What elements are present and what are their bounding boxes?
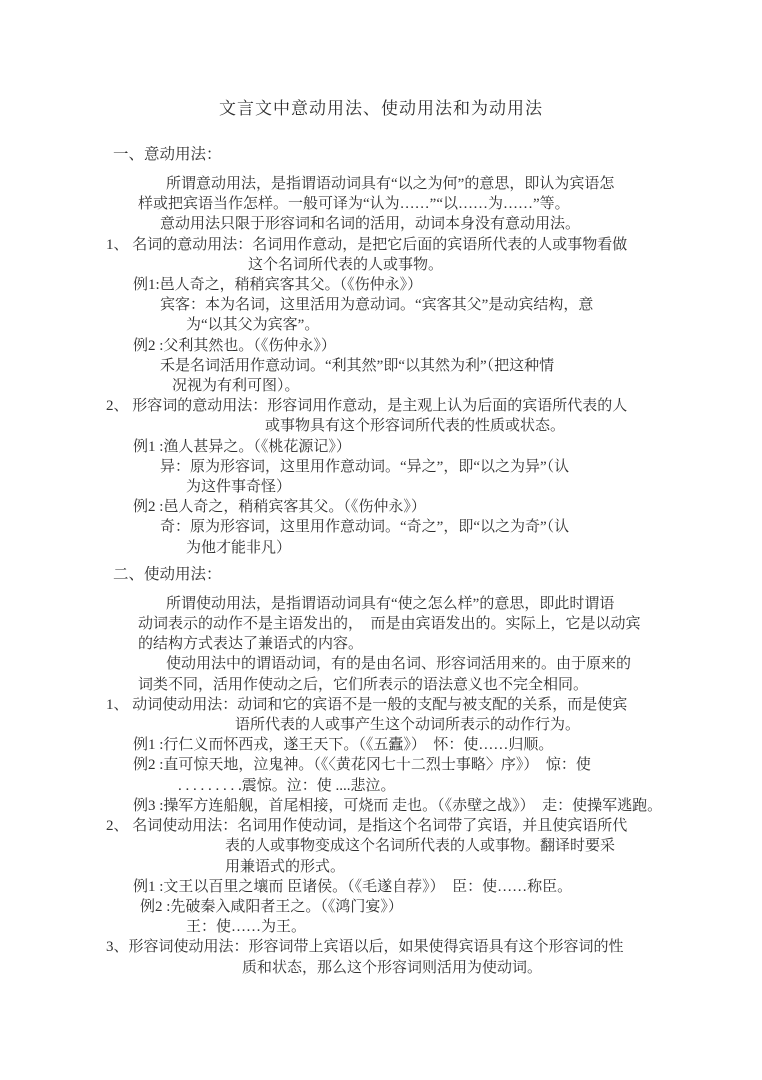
document-line: 或事物具有这个形容词所代表的性质或状态。	[265, 416, 762, 436]
document-line: 2、 名词使动用法：名词用作使动词，是指这个名词带了宾语，并且使宾语所代	[106, 816, 762, 836]
document-body: 一、意动用法：所谓意动用法，是指谓语动词具有“以之为何”的意思，即认为宾语怎样或…	[0, 144, 762, 978]
document-line: 质和状态，那么这个形容词则活用为使动词。	[242, 958, 762, 978]
section-heading: 一、意动用法：	[113, 144, 762, 166]
document-line: 为这件事奇怪）	[186, 477, 762, 497]
document-line: 语所代表的人或事产生这个动词所表示的动作行为。	[235, 715, 762, 735]
document-line: 例2 :直可惊天地，泣鬼神。（《〈黄花冈七十二烈士事略〉序》） 惊：使	[133, 755, 762, 775]
document-line: 用兼语式的形式。	[225, 857, 762, 877]
document-line: 例2 :邑人奇之，稍稍宾客其父。（《伤仲永》）	[133, 497, 762, 517]
document-line: 异：原为形容词，这里用作意动词。“异之”，即“以之为异”（认	[160, 457, 762, 477]
document-line: 为他才能非凡）	[186, 538, 762, 558]
document-line: 例3 :操军方连船舰，首尾相接，可烧而 走也。（《赤壁之战》） 走：使操军逃跑。	[133, 796, 762, 816]
document-line: 禾是名词活用作意动词。“利其然”即“以其然为利”（把这种情	[160, 356, 762, 376]
document-line: 例1 :行仁义而怀西戎，遂王天下。（《五蠹》） 怀：使……归顺。	[133, 735, 762, 755]
section-heading: 二、使动用法：	[113, 564, 762, 586]
document-line: 例1 :渔人甚异之。（《桃花源记》）	[133, 437, 762, 457]
document-line: 所谓意动用法，是指谓语动词具有“以之为何”的意思，即认为宾语怎	[166, 174, 762, 194]
document-line: 这个名词所代表的人或事物。	[248, 255, 762, 275]
document-line: 为“以其父为宾客”。	[186, 315, 762, 335]
document-line: 况视为有利可图）。	[172, 376, 762, 396]
document-line: 2、 形容词的意动用法：形容词用作意动，是主观上认为后面的宾语所代表的人	[106, 396, 762, 416]
document-line: . . . . . . . . .震惊。泣：使 ....悲泣。	[178, 776, 762, 796]
document-line: 1、 动词使动用法：动词和它的宾语不是一般的支配与被支配的关系，而是使宾	[106, 695, 762, 715]
document-line: 样或把宾语当作怎样。一般可译为“认为……”“以……为……”等。	[138, 194, 762, 214]
document-line: 动词表示的动作不是主语发出的， 而是由宾语发出的。实际上，它是以动宾	[138, 614, 762, 634]
document-line: 例2 :先破秦入咸阳者王之。（《鸿门宴》）	[140, 897, 762, 917]
document-line: 的结构方式表达了兼语式的内容。	[138, 634, 762, 654]
document-line: 所谓使动用法，是指谓语动词具有“使之怎么样”的意思，即此时谓语	[166, 594, 762, 614]
document-line: 1、 名词的意动用法：名词用作意动，是把它后面的宾语所代表的人或事物看做	[106, 235, 762, 255]
document-line: 使动用法中的谓语动词，有的是由名词、形容词活用来的。由于原来的	[166, 654, 762, 674]
document-line: 例1:邑人奇之，稍稍宾客其父。（《伤仲永》）	[133, 275, 762, 295]
document-line: 奇：原为形容词，这里用作意动词。“奇之”，即“以之为奇”（认	[160, 517, 762, 537]
page: 文言文中意动用法、使动用法和为动用法 一、意动用法：所谓意动用法，是指谓语动词具…	[0, 0, 762, 1080]
document-line: 表的人或事物变成这个名词所代表的人或事物。翻译时要采	[225, 836, 762, 856]
document-line: 例2 :父利其然也。（《伤仲永》）	[133, 336, 762, 356]
document-line: 词类不同，活用作使动之后，它们所表示的语法意义也不完全相同。	[138, 675, 762, 695]
document-title: 文言文中意动用法、使动用法和为动用法	[0, 97, 762, 121]
document-line: 王：使……为王。	[186, 917, 762, 937]
document-line: 3、形容词使动用法：形容词带上宾语以后，如果使得宾语具有这个形容词的性	[106, 937, 762, 957]
document-line: 意动用法只限于形容词和名词的活用，动词本身没有意动用法。	[160, 214, 762, 234]
document-line: 例1 :文王以百里之壤而 臣诸侯。（《毛遂自荐》） 臣：使……称臣。	[133, 877, 762, 897]
document-line: 宾客：本为名词，这里活用为意动词。“宾客其父”是动宾结构，意	[160, 295, 762, 315]
